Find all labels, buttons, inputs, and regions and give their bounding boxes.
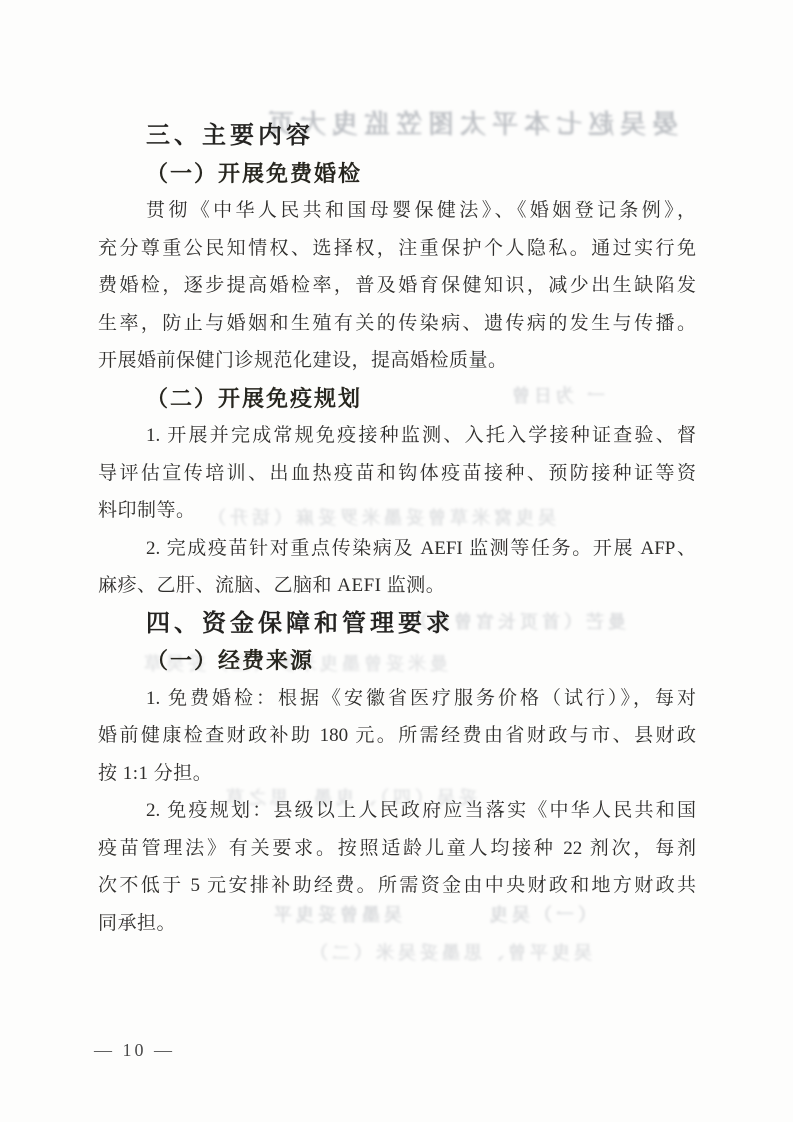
body-text-line: 充分尊重公民知情权、选择权，注重保护个人隐私。通过实行免 (98, 230, 696, 268)
body-text-line: 婚前健康检查财政补助 180 元。所需经费由省财政与市、县财政 (98, 717, 696, 755)
heading-section-3-main-content: 三、主要内容 (98, 117, 696, 155)
body-text-line: 2. 免疫规划：县级以上人民政府应当落实《中华人民共和国 (98, 792, 696, 830)
body-text-line: 导评估宣传培训、出血热疫苗和钩体疫苗接种、预防接种证等资 (98, 455, 696, 493)
body-text-line: 同承担。 (98, 905, 696, 943)
heading-section-4-funding-management: 四、资金保障和管理要求 (98, 605, 696, 643)
body-text-line: 贯彻《中华人民共和国母婴保健法》、《婚姻登记条例》， (98, 192, 696, 230)
document-body: 三、主要内容 （一）开展免费婚检 贯彻《中华人民共和国母婴保健法》、《婚姻登记条… (98, 117, 696, 942)
body-text-line: 1. 开展并完成常规免疫接种监测、入托入学接种证查验、督 (98, 417, 696, 455)
page-number: — 10 — (94, 1040, 175, 1061)
body-text-line: 料印制等。 (98, 492, 696, 530)
body-text-line: 生率，防止与婚姻和生殖有关的传染病、遗传病的发生与传播。 (98, 305, 696, 343)
body-text-line: 疫苗管理法》有关要求。按照适龄儿童人均接种 22 剂次，每剂 (98, 830, 696, 868)
body-text-line: 按 1:1 分担。 (98, 755, 696, 793)
body-text-line: 1. 免费婚检：根据《安徽省医疗服务价格（试行）》，每对 (98, 680, 696, 718)
subheading-immunization-planning: （二）开展免疫规划 (98, 380, 696, 418)
body-text-line: 2. 完成疫苗针对重点传染病及 AEFI 监测等任务。开展 AFP、 (98, 530, 696, 568)
body-text-line: 费婚检，逐步提高婚检率，普及婚育保健知识，减少出生缺陷发 (98, 267, 696, 305)
body-text-line: 次不低于 5 元安排补助经费。所需资金由中央财政和地方财政共 (98, 867, 696, 905)
document-page: 晏吴赵七本平太图笠监曳大页 一 为日曾 吴曳窝米草曾妥墨米罗妥麻（话升） 曼芒（… (0, 0, 793, 1122)
subheading-funding-sources: （一）经费来源 (98, 642, 696, 680)
subheading-free-premarital-checkup: （一）开展免费婚检 (98, 155, 696, 193)
body-text-line: 开展婚前保健门诊规范化建设，提高婚检质量。 (98, 342, 696, 380)
bleedthrough-text: 吴曳平曾、思墨妥吴米（二） (306, 939, 592, 965)
body-text-line: 麻疹、乙肝、流脑、乙脑和 AEFI 监测。 (98, 567, 696, 605)
